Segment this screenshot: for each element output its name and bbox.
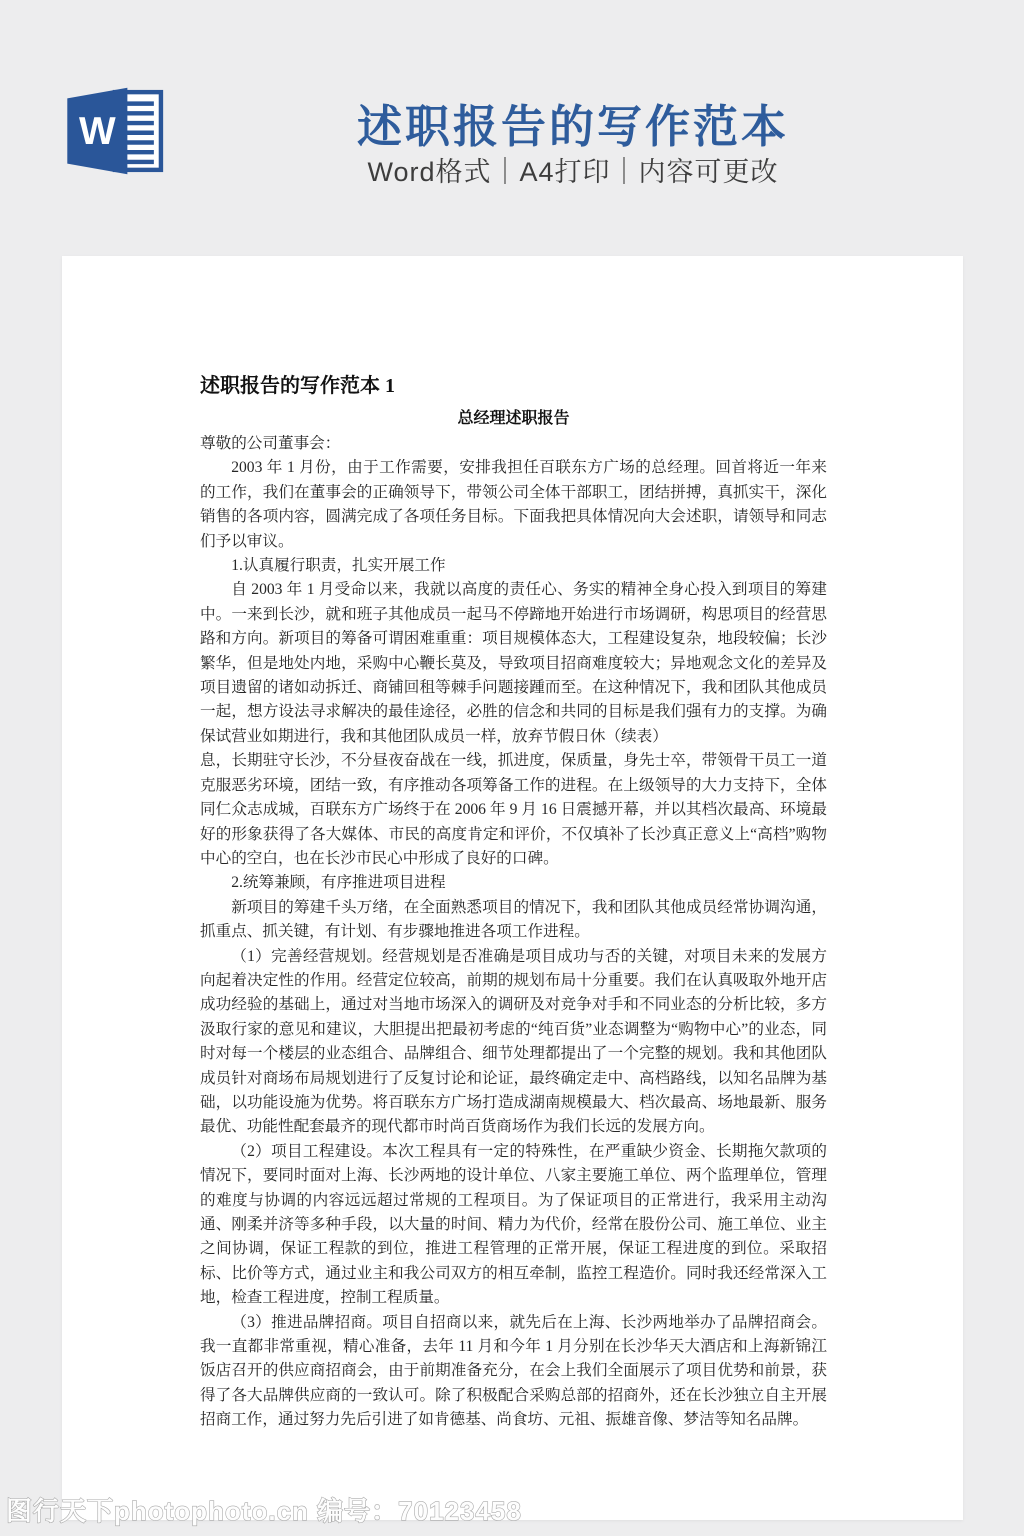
document-section-heading: 1.认真履行职责，扎实开展工作 xyxy=(200,554,827,578)
page-background: W 述职报告的写作范本 Word格式｜A4打印｜内容可更改 述职报告的写作范本 … xyxy=(0,0,1024,1536)
document-paragraph: （1）完善经营规划。经营规划是否准确是项目成功与否的关键，对项目未来的发展方向起… xyxy=(200,945,827,1140)
document-paragraph: 2003 年 1 月份，由于工作需要，安排我担任百联东方广场的总经理。回首将近一… xyxy=(200,456,827,554)
document-heading: 述职报告的写作范本 1 xyxy=(200,372,827,400)
template-header: W 述职报告的写作范本 Word格式｜A4打印｜内容可更改 xyxy=(0,0,1024,256)
watermark: 图行天下photophoto.cn 编号：70123458 xyxy=(6,1491,522,1528)
document-subheading: 总经理述职报告 xyxy=(200,406,827,432)
document-paragraph: 新项目的筹建千头万绪，在全面熟悉项目的情况下，我和团队其他成员经常协调沟通，抓重… xyxy=(200,896,827,945)
document-body: 述职报告的写作范本 1 总经理述职报告 尊敬的公司董事会： 2003 年 1 月… xyxy=(200,372,827,1433)
document-paragraph: 息，长期驻守长沙，不分昼夜奋战在一线，抓进度，保质量，身先士卒，带领骨干员工一道… xyxy=(200,749,827,871)
word-icon: W xyxy=(62,84,168,178)
document-section-heading: 2.统筹兼顾，有序推进项目进程 xyxy=(200,871,827,895)
svg-text:W: W xyxy=(79,110,116,153)
template-subtitle: Word格式｜A4打印｜内容可更改 xyxy=(298,150,848,189)
document-paragraph: （2）项目工程建设。本次工程具有一定的特殊性，在严重缺少资金、长期拖欠款项的情况… xyxy=(200,1140,827,1311)
document-paragraph: 尊敬的公司董事会： xyxy=(200,432,827,456)
document-page: 述职报告的写作范本 1 总经理述职报告 尊敬的公司董事会： 2003 年 1 月… xyxy=(62,256,963,1520)
template-title: 述职报告的写作范本 xyxy=(298,90,848,155)
document-paragraph: 自 2003 年 1 月受命以来，我就以高度的责任心、务实的精神全身心投入到项目… xyxy=(200,578,827,749)
document-paragraph: （3）推进品牌招商。项目自招商以来，就先后在上海、长沙两地举办了品牌招商会。我一… xyxy=(200,1311,827,1433)
